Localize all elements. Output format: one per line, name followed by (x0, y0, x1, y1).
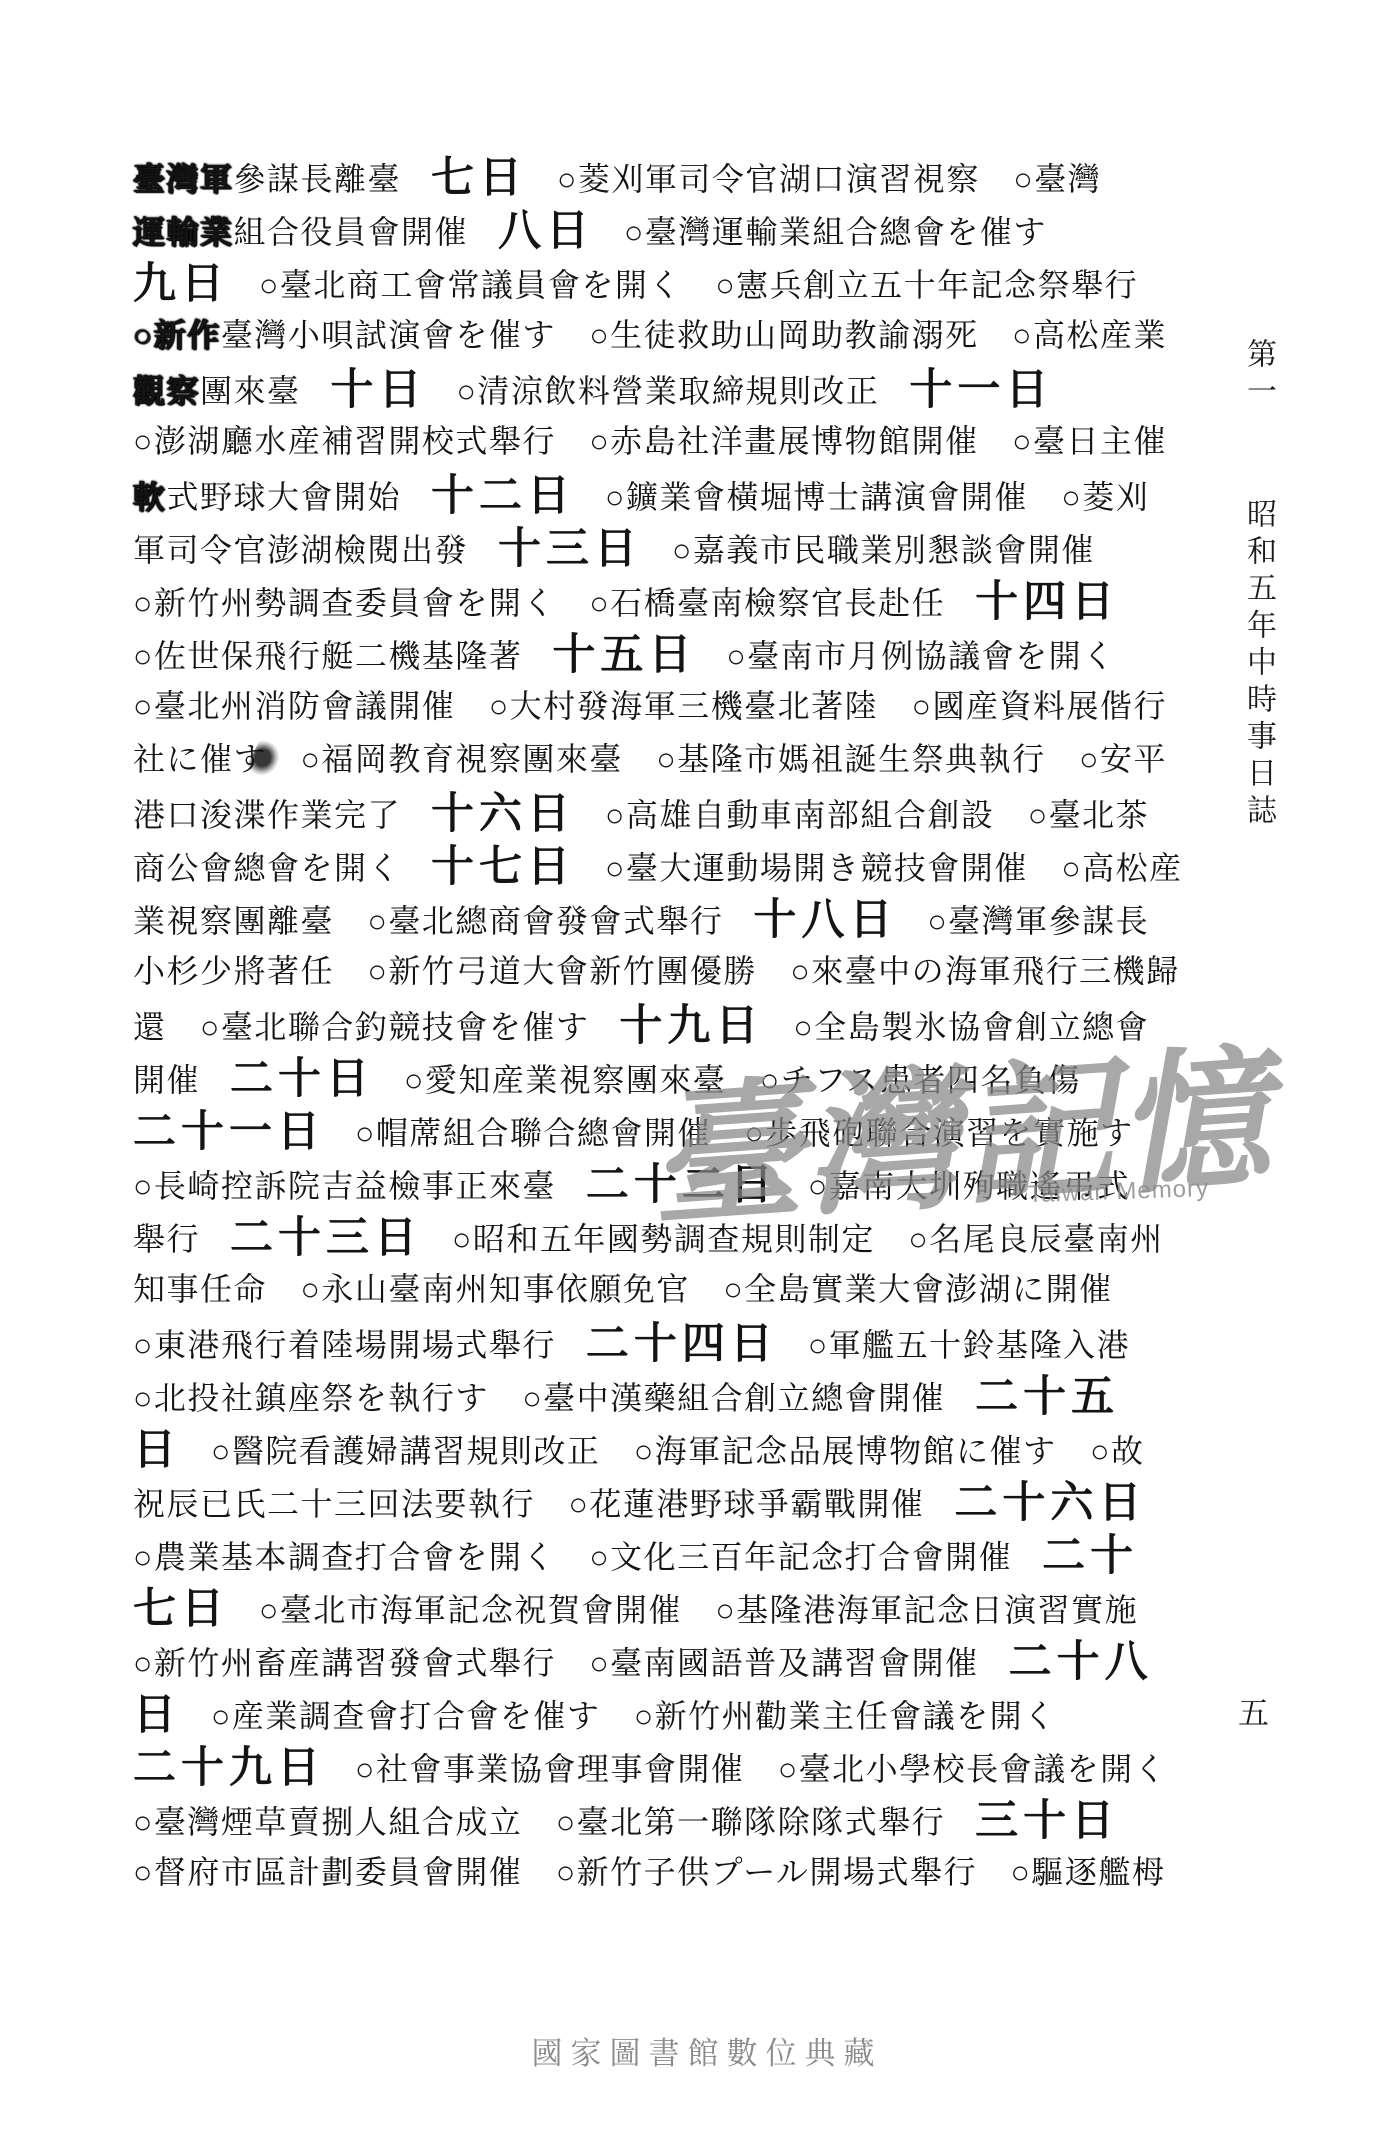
body-text: ○臺灣煙草賣捌人組合成立 ○臺北第一聯隊除隊式舉行 (133, 1804, 945, 1840)
body-text: 臺灣小唄試演會を催す ○生徒救助山岡助教諭溺死 ○高松産業 (221, 317, 1167, 353)
date-label: 十三日 (498, 526, 642, 573)
body-text: ○督府市區計劃委員會開催 ○新竹子供プール開場式舉行 ○驅逐艦栂 (133, 1854, 1165, 1890)
text-line: ○新竹州勢調查委員會を開く ○石橋臺南檢察官長赴任十四日 (133, 574, 1218, 627)
body-text: ○愛知産業視察團來臺 ○チフス患者四名負傷 (404, 1062, 1081, 1098)
text-line: 軟式野球大會開始十二日○鑛業會橫堀博士講演會開催 ○菱刈 (133, 468, 1218, 521)
chapter-part-label: 第一 (1236, 338, 1280, 412)
body-text: ○臺灣軍參謀長 (927, 903, 1149, 939)
body-text: 軟 (133, 479, 167, 515)
body-text: ○北投社鎮座祭を執行す ○臺中漢藥組合創立總會開催 (133, 1380, 945, 1416)
date-label: 十八日 (753, 897, 897, 944)
text-line: 祝辰已氏二十三回法要執行 ○花蓮港野球爭霸戰開催二十六日 (133, 1475, 1218, 1528)
text-line: 業視察團離臺 ○臺北總商會發會式舉行十八日○臺灣軍參謀長 (133, 892, 1218, 945)
body-text: 運輸業 (133, 214, 234, 250)
date-label: 二十九日 (133, 1745, 325, 1792)
body-text: ○新竹州勢調查委員會を開く ○石橋臺南檢察官長赴任 (133, 585, 945, 621)
date-label: 七日 (431, 155, 527, 202)
text-line: 小杉少將著任 ○新竹弓道大會新竹團優勝 ○來臺中の海軍飛行三機歸 (133, 945, 1218, 998)
text-line: 九日○臺北商工會常議員會を開く ○憲兵創立五十年記念祭舉行 (133, 256, 1218, 309)
body-text: ○全島製氷協會創立總會 (793, 1009, 1149, 1045)
body-text: ○東港飛行着陸場開場式舉行 (133, 1327, 556, 1363)
text-line: 二十一日○帽蓆組合聯合總會開催 ○歩飛砲聯合演習を實施す (133, 1104, 1218, 1157)
date-label: 二十二日 (586, 1162, 778, 1209)
body-text: ○軍艦五十鈴基隆入港 (808, 1327, 1130, 1363)
text-line: 商公會總會を開く十七日○臺大運動場開き競技會開催 ○高松産 (133, 839, 1218, 892)
date-label: 十一日 (909, 367, 1053, 414)
date-label: 十九日 (619, 1003, 763, 1050)
body-text: ○臺北州消防會議開催 ○大村發海軍三機臺北著陸 ○國産資料展偕行 (133, 688, 1167, 724)
body-text: ○新竹州畜産講習發會式舉行 ○臺南國語普及講習會開催 (133, 1645, 979, 1681)
body-text: 團來臺 (200, 373, 301, 409)
date-label: 日 (133, 1427, 181, 1474)
date-label: 十四日 (975, 579, 1119, 626)
text-line: 社に催す ○福岡教育視察團來臺 ○基隆市媽祖誕生祭典執行 ○安平 (133, 733, 1218, 786)
date-label: 八日 (498, 208, 594, 255)
text-line: ○北投社鎮座祭を執行す ○臺中漢藥組合創立總會開催二十五 (133, 1369, 1218, 1422)
date-label: 日 (133, 1692, 181, 1739)
text-line: 觀察團來臺十日○清涼飲料營業取締規則改正十一日 (133, 362, 1218, 415)
body-text: 社に催す ○福岡教育視察團來臺 ○基隆市媽祖誕生祭典執行 ○安平 (133, 741, 1167, 777)
text-line: ○臺灣煙草賣捌人組合成立 ○臺北第一聯隊除隊式舉行三十日 (133, 1793, 1218, 1846)
body-text: ○臺灣運輸業組合總會を催す (624, 214, 1047, 250)
date-label: 十二日 (431, 473, 575, 520)
date-label: 九日 (133, 261, 229, 308)
date-label: 十七日 (431, 844, 575, 891)
text-line: 日○産業調查會打合會を催す ○新竹州勸業主任會議を開く (133, 1687, 1218, 1740)
text-line: 臺灣軍參謀長離臺七日○菱刈軍司令官湖口演習視察 ○臺灣 (133, 150, 1218, 203)
body-text: 臺灣軍 (133, 161, 234, 197)
body-text: 祝辰已氏二十三回法要執行 ○花蓮港野球爭霸戰開催 (133, 1486, 924, 1522)
body-text: ○長崎控訴院吉益檢事正來臺 (133, 1168, 556, 1204)
text-line: 舉行二十三日○昭和五年國勢調查規則制定 ○名尾良辰臺南州 (133, 1210, 1218, 1263)
text-line: 港口浚渫作業完了十六日○高雄自動車南部組合創設 ○臺北茶 (133, 786, 1218, 839)
date-label: 二十日 (230, 1056, 374, 1103)
body-text: 港口浚渫作業完了 (133, 797, 401, 833)
body-text: ○臺大運動場開き競技會開催 ○高松産 (605, 850, 1183, 886)
text-line: 開催二十日○愛知産業視察團來臺 ○チフス患者四名負傷 (133, 1051, 1218, 1104)
text-line: 七日○臺北市海軍記念祝賀會開催 ○基隆港海軍記念日演習實施 (133, 1581, 1218, 1634)
body-text: ○佐世保飛行艇二機基隆著 (133, 638, 522, 674)
body-text: 舉行 (133, 1221, 200, 1257)
body-text: 參謀長離臺 (234, 161, 402, 197)
text-line: ○農業基本調查打合會を開く ○文化三百年記念打合會開催二十 (133, 1528, 1218, 1581)
date-label: 二十四日 (586, 1321, 778, 1368)
body-text: 商公會總會を開く (133, 850, 401, 886)
text-line: ○新竹州畜産講習發會式舉行 ○臺南國語普及講習會開催二十八 (133, 1634, 1218, 1687)
text-line: 運輸業組合役員會開催八日○臺灣運輸業組合總會を催す (133, 203, 1218, 256)
text-line: ○澎湖廳水産補習開校式舉行 ○赤島社洋畫展博物館開催 ○臺日主催 (133, 415, 1218, 468)
body-text: 小杉少將著任 ○新竹弓道大會新竹團優勝 ○來臺中の海軍飛行三機歸 (133, 953, 1180, 989)
body-text: ○昭和五年國勢調查規則制定 ○名尾良辰臺南州 (452, 1221, 1164, 1257)
date-label: 二十一日 (133, 1109, 325, 1156)
body-text: ○澎湖廳水産補習開校式舉行 ○赤島社洋畫展博物館開催 ○臺日主催 (133, 423, 1167, 459)
body-text: 式野球大會開始 (167, 479, 402, 515)
body-text: ○臺北市海軍記念祝賀會開催 ○基隆港海軍記念日演習實施 (259, 1592, 1138, 1628)
text-line: ○東港飛行着陸場開場式舉行二十四日○軍艦五十鈴基隆入港 (133, 1316, 1218, 1369)
date-label: 二十五 (975, 1374, 1119, 1421)
archive-footer-label: 國家圖書館數位典藏 (532, 2028, 883, 2073)
body-text: 業視察團離臺 ○臺北總商會發會式舉行 (133, 903, 723, 939)
text-line: 日○醫院看護婦講習規則改正 ○海軍記念品展博物館に催す ○故 (133, 1422, 1218, 1475)
body-text: ○新作 (133, 317, 221, 353)
date-label: 二十六日 (954, 1480, 1146, 1527)
page-number: 五 (1238, 1688, 1269, 1733)
body-text: ○高雄自動車南部組合創設 ○臺北茶 (605, 797, 1149, 833)
text-line: 知事任命 ○永山臺南州知事依願免官 ○全島實業大會澎湖に開催 (133, 1263, 1218, 1316)
date-label: 二十 (1042, 1533, 1138, 1580)
body-text: ○鑛業會橫堀博士講演會開催 ○菱刈 (605, 479, 1149, 515)
date-label: 二十三日 (230, 1215, 422, 1262)
body-text: 軍司令官澎湖檢閱出發 (133, 532, 468, 568)
body-text: ○臺南市月例協議會を開く (726, 638, 1115, 674)
text-line: ○佐世保飛行艇二機基隆著十五日○臺南市月例協議會を開く (133, 627, 1218, 680)
body-text: 還 ○臺北聯合釣競技會を催す (133, 1009, 589, 1045)
date-label: 三十日 (975, 1798, 1119, 1845)
date-label: 十五日 (552, 632, 696, 679)
body-text: ○醫院看護婦講習規則改正 ○海軍記念品展博物館に催す ○故 (211, 1433, 1145, 1469)
chapter-title: 昭和五年中時事日誌 (1236, 498, 1280, 831)
body-text: ○清涼飲料營業取締規則改正 (457, 373, 880, 409)
text-line: 二十九日○社會事業協會理事會開催 ○臺北小學校長會議を開く (133, 1740, 1218, 1793)
main-text-block: 臺灣軍參謀長離臺七日○菱刈軍司令官湖口演習視察 ○臺灣運輸業組合役員會開催八日○… (133, 150, 1218, 1899)
body-text: ○産業調查會打合會を催す ○新竹州勸業主任會議を開く (211, 1698, 1057, 1734)
body-text: 知事任命 ○永山臺南州知事依願免官 ○全島實業大會澎湖に開催 (133, 1271, 1113, 1307)
date-label: 十六日 (431, 791, 575, 838)
text-line: ○臺北州消防會議開催 ○大村發海軍三機臺北著陸 ○國産資料展偕行 (133, 680, 1218, 733)
date-label: 七日 (133, 1586, 229, 1633)
body-text: 組合役員會開催 (234, 214, 469, 250)
body-text: ○帽蓆組合聯合總會開催 ○歩飛砲聯合演習を實施す (355, 1115, 1134, 1151)
date-label: 二十八 (1009, 1639, 1153, 1686)
body-text: ○嘉義市民職業別懇談會開催 (672, 532, 1095, 568)
right-margin-column: 第一 昭和五年中時事日誌 (1236, 338, 1280, 831)
body-text: 觀察 (133, 373, 200, 409)
body-text: 開催 (133, 1062, 200, 1098)
body-text: ○臺北商工會常議員會を開く ○憲兵創立五十年記念祭舉行 (259, 267, 1138, 303)
text-line: ○新作臺灣小唄試演會を催す ○生徒救助山岡助教諭溺死 ○高松産業 (133, 309, 1218, 362)
text-line: 還 ○臺北聯合釣競技會を催す十九日○全島製氷協會創立總會 (133, 998, 1218, 1051)
text-line: ○督府市區計劃委員會開催 ○新竹子供プール開場式舉行 ○驅逐艦栂 (133, 1846, 1218, 1899)
body-text: ○農業基本調查打合會を開く ○文化三百年記念打合會開催 (133, 1539, 1012, 1575)
date-label: 十日 (331, 367, 427, 414)
body-text: ○菱刈軍司令官湖口演習視察 ○臺灣 (557, 161, 1101, 197)
body-text: ○社會事業協會理事會開催 ○臺北小學校長會議を開く (355, 1751, 1167, 1787)
text-line: 軍司令官澎湖檢閱出發十三日○嘉義市民職業別懇談會開催 (133, 521, 1218, 574)
